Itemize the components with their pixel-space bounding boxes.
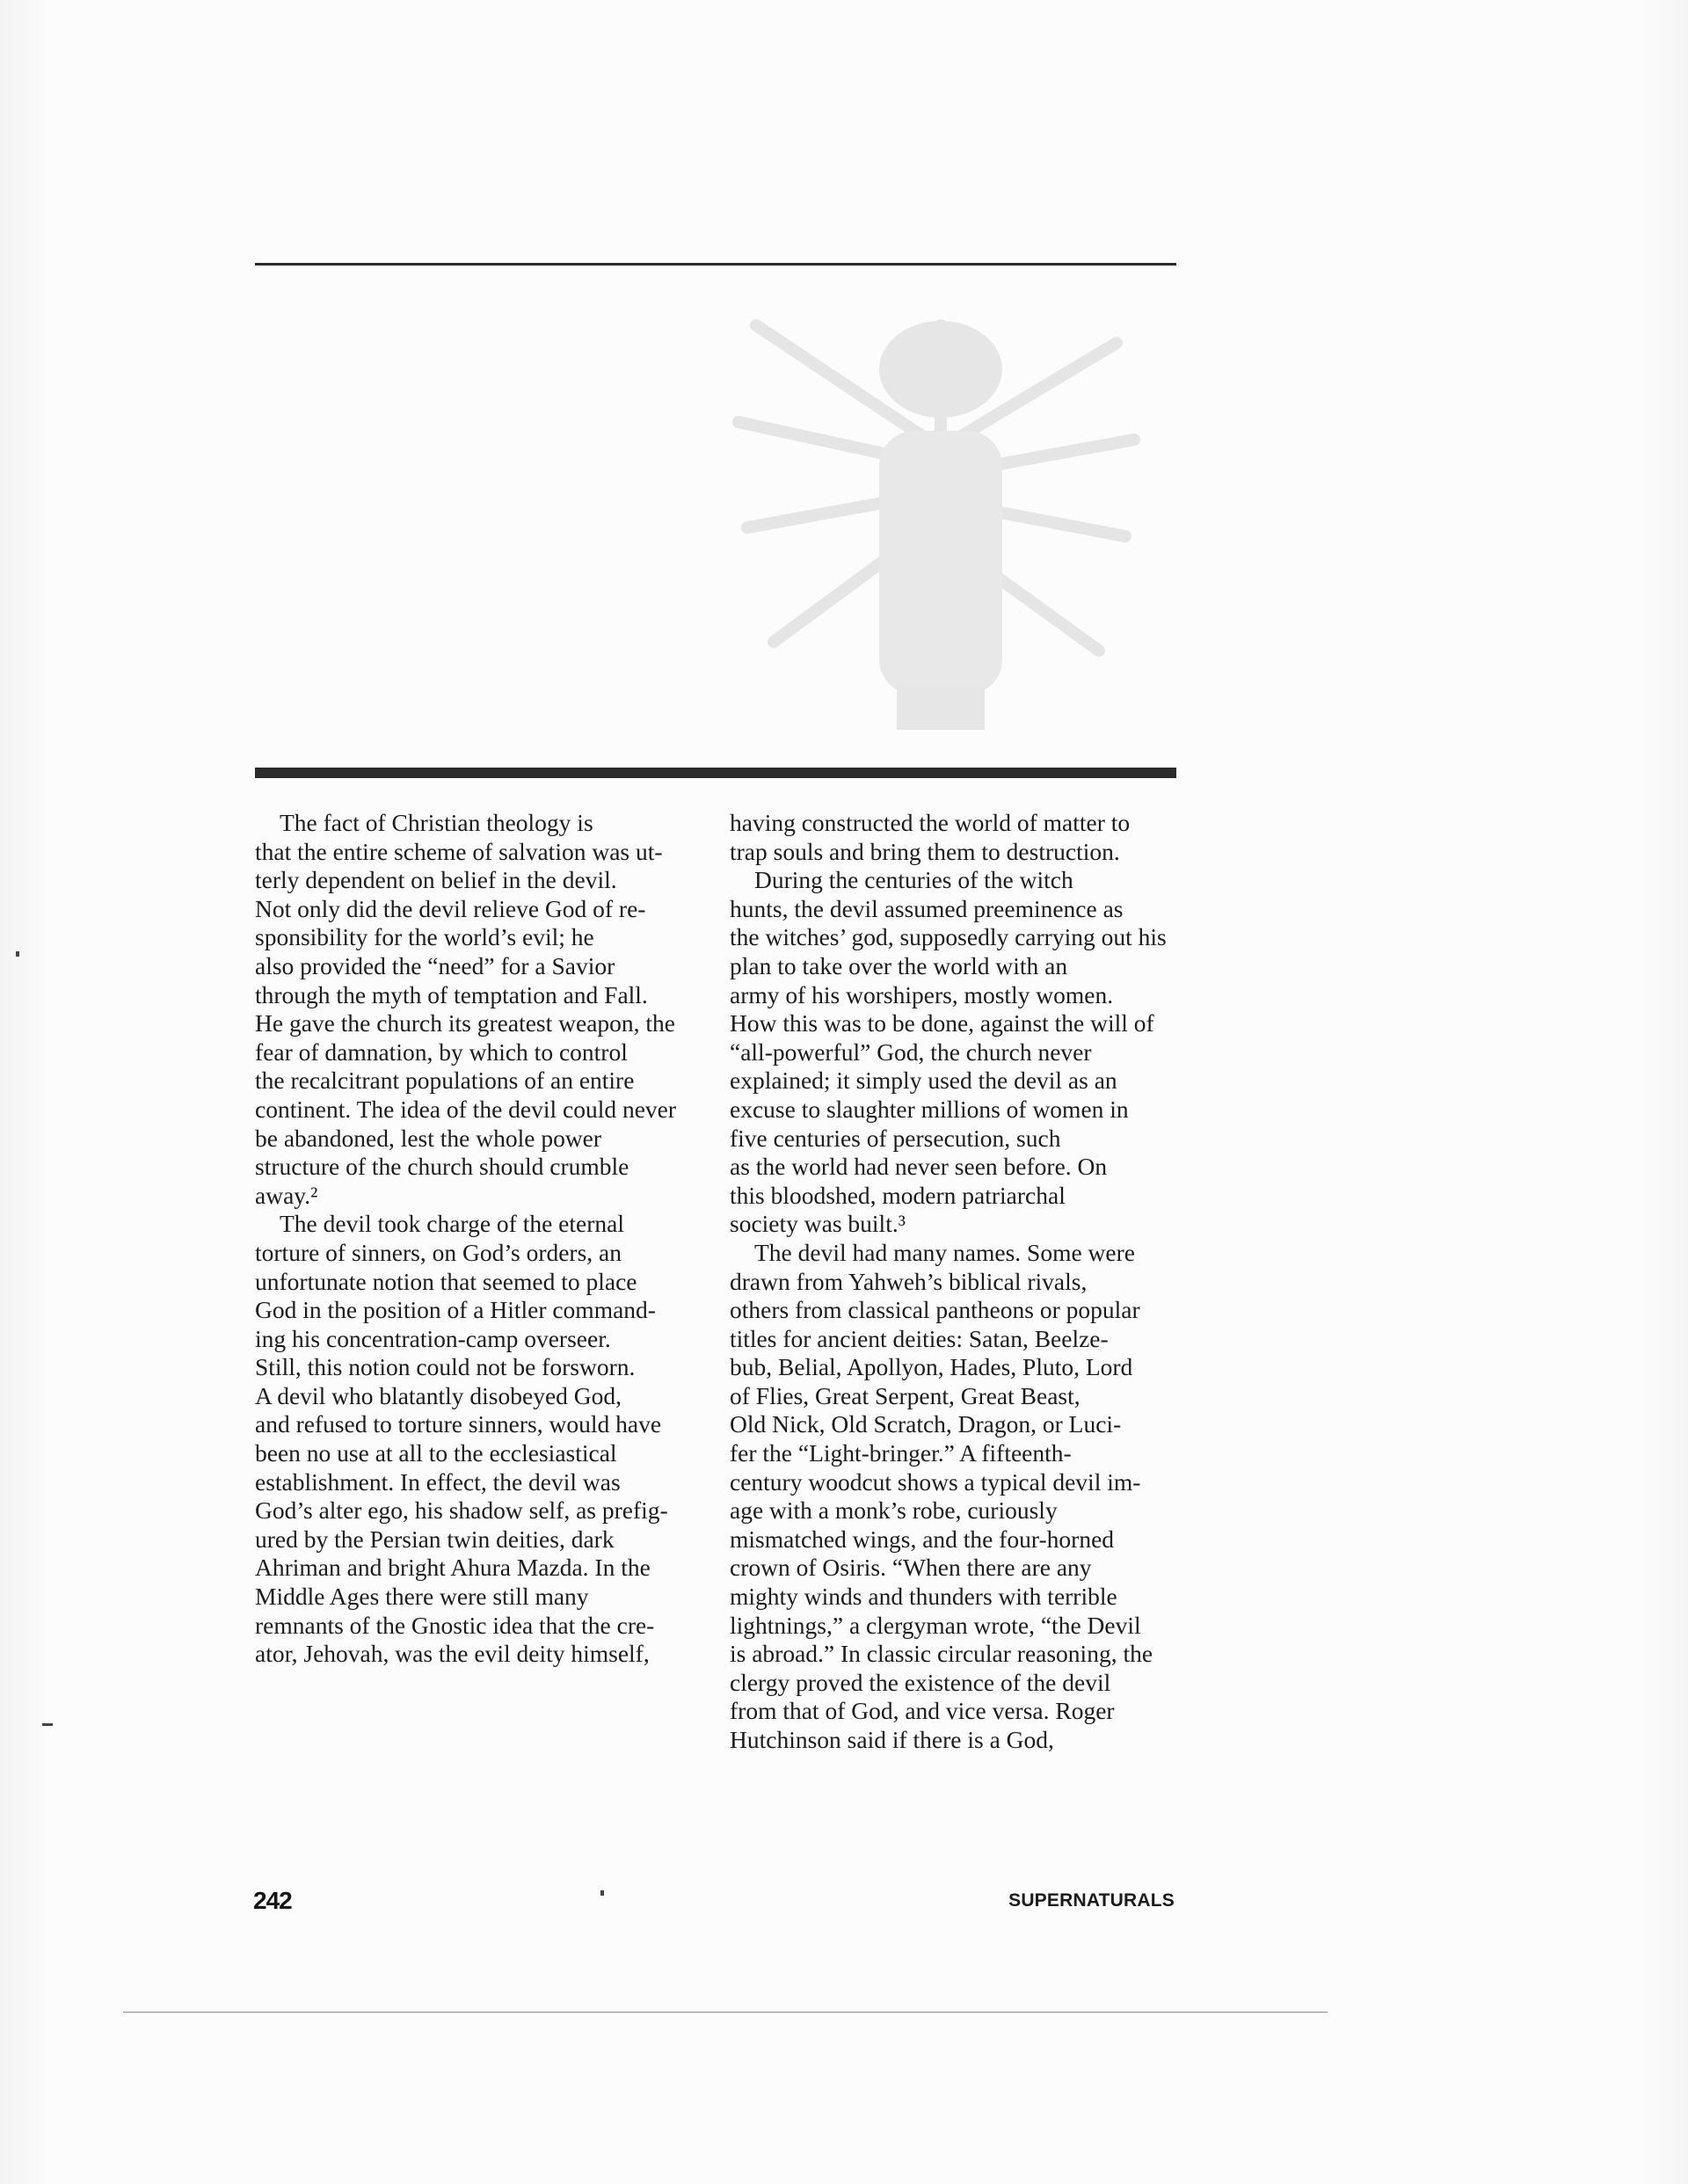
paragraph-line: bub, Belial, Apollyon, Hades, Pluto, Lor… xyxy=(730,1353,1187,1382)
paragraph-line: Old Nick, Old Scratch, Dragon, or Luci- xyxy=(730,1410,1187,1439)
paragraph-line: also provided the “need” for a Savior xyxy=(255,952,712,981)
paragraph-line: God’s alter ego, his shadow self, as pre… xyxy=(255,1496,712,1525)
paragraph-line: remnants of the Gnostic idea that the cr… xyxy=(255,1612,712,1641)
paragraph-line: torture of sinners, on God’s orders, an xyxy=(255,1239,712,1268)
paragraph-line: ured by the Persian twin deities, dark xyxy=(255,1525,712,1554)
paragraph-line: The devil took charge of the eternal xyxy=(255,1210,712,1239)
paragraph-line: Still, this notion could not be forsworn… xyxy=(255,1353,712,1382)
paragraph-line: and refused to torture sinners, would ha… xyxy=(255,1410,712,1439)
paragraph-line: mighty winds and thunders with terrible xyxy=(730,1583,1187,1612)
paragraph-line: structure of the church should crumble xyxy=(255,1153,712,1182)
paragraph-line: mismatched wings, and the four-horned xyxy=(730,1525,1187,1554)
paragraph-line: fer the “Light-bringer.” A fifteenth- xyxy=(730,1439,1187,1468)
paragraph-line-with-footnote: society was built.³ xyxy=(730,1210,1187,1239)
paragraph-line: of Flies, Great Serpent, Great Beast, xyxy=(730,1382,1187,1411)
paragraph-line: others from classical pantheons or popul… xyxy=(730,1296,1187,1325)
paragraph-line: age with a monk’s robe, curiously xyxy=(730,1496,1187,1525)
paragraph-line: army of his worshipers, mostly women. xyxy=(730,981,1187,1010)
scan-edge-line xyxy=(123,2012,1328,2013)
paragraph-line: been no use at all to the ecclesiastical xyxy=(255,1439,712,1468)
paragraph-line: sponsibility for the world’s evil; he xyxy=(255,923,712,952)
paragraph-line: The fact of Christian theology is xyxy=(255,809,712,838)
paragraph-line: the recalcitrant populations of an entir… xyxy=(255,1067,712,1096)
paragraph-line: The devil had many names. Some were xyxy=(730,1239,1187,1268)
paragraph-line: God in the position of a Hitler command- xyxy=(255,1296,712,1325)
paragraph-line: is abroad.” In classic circular reasonin… xyxy=(730,1640,1187,1669)
paragraph-line: be abandoned, lest the whole power xyxy=(255,1125,712,1154)
paragraph-line: Hutchinson said if there is a God, xyxy=(730,1726,1187,1755)
paragraph-line: this bloodshed, modern patriarchal xyxy=(730,1182,1187,1211)
section-divider-rule xyxy=(255,768,1176,778)
running-head: SUPERNATURALS xyxy=(999,1890,1175,1911)
paragraph-line: During the centuries of the witch xyxy=(730,866,1187,895)
paragraph-line: as the world had never seen before. On xyxy=(730,1153,1187,1182)
paragraph-line: that the entire scheme of salvation was … xyxy=(255,838,712,867)
paragraph-line: five centuries of persecution, such xyxy=(730,1125,1187,1154)
paragraph-line: clergy proved the existence of the devil xyxy=(730,1669,1187,1698)
paragraph-line: He gave the church its greatest weapon, … xyxy=(255,1009,712,1038)
top-rule xyxy=(255,263,1176,266)
paragraph-line: How this was to be done, against the wil… xyxy=(730,1009,1187,1038)
scan-speck xyxy=(16,951,19,957)
text-column-right: having constructed the world of matter t… xyxy=(730,809,1187,1755)
paragraph-line: Middle Ages there were still many xyxy=(255,1583,712,1612)
woodcut-devil-illustration-icon xyxy=(703,273,1178,747)
paragraph-line: unfortunate notion that seemed to place xyxy=(255,1268,712,1297)
paragraph-line: continent. The idea of the devil could n… xyxy=(255,1096,712,1125)
paragraph-line: drawn from Yahweh’s biblical rivals, xyxy=(730,1268,1187,1297)
paragraph-line: Ahriman and bright Ahura Mazda. In the xyxy=(255,1554,712,1583)
paragraph-line: century woodcut shows a typical devil im… xyxy=(730,1468,1187,1497)
paragraph-line: explained; it simply used the devil as a… xyxy=(730,1067,1187,1096)
paragraph-line: Not only did the devil relieve God of re… xyxy=(255,895,712,924)
paragraph-line: fear of damnation, by which to control xyxy=(255,1038,712,1067)
paragraph-line: ing his concentration-camp overseer. xyxy=(255,1325,712,1354)
scan-speck xyxy=(600,1890,604,1896)
page-number: 242 xyxy=(253,1887,292,1915)
paragraph-line: A devil who blatantly disobeyed God, xyxy=(255,1382,712,1411)
paragraph-line: terly dependent on belief in the devil. xyxy=(255,866,712,895)
paragraph-line: titles for ancient deities: Satan, Beelz… xyxy=(730,1325,1187,1354)
paragraph-line: excuse to slaughter millions of women in xyxy=(730,1096,1187,1125)
paragraph-line: ator, Jehovah, was the evil deity himsel… xyxy=(255,1640,712,1669)
paragraph-line-with-footnote: away.² xyxy=(255,1182,712,1211)
scan-speck xyxy=(42,1723,53,1726)
paragraph-line: establishment. In effect, the devil was xyxy=(255,1468,712,1497)
paragraph-line: through the myth of temptation and Fall. xyxy=(255,981,712,1010)
paragraph-line: having constructed the world of matter t… xyxy=(730,809,1187,838)
paragraph-line: trap souls and bring them to destruction… xyxy=(730,838,1187,867)
paragraph-line: from that of God, and vice versa. Roger xyxy=(730,1697,1187,1726)
paragraph-line: lightnings,” a clergyman wrote, “the Dev… xyxy=(730,1612,1187,1641)
paragraph-line: crown of Osiris. “When there are any xyxy=(730,1554,1187,1583)
paragraph-line: the witches’ god, supposedly carrying ou… xyxy=(730,923,1187,952)
paragraph-line: hunts, the devil assumed preeminence as xyxy=(730,895,1187,924)
paragraph-line: plan to take over the world with an xyxy=(730,952,1187,981)
paragraph-line: “all-powerful” God, the church never xyxy=(730,1038,1187,1067)
text-column-left: The fact of Christian theology is that t… xyxy=(255,809,712,1669)
